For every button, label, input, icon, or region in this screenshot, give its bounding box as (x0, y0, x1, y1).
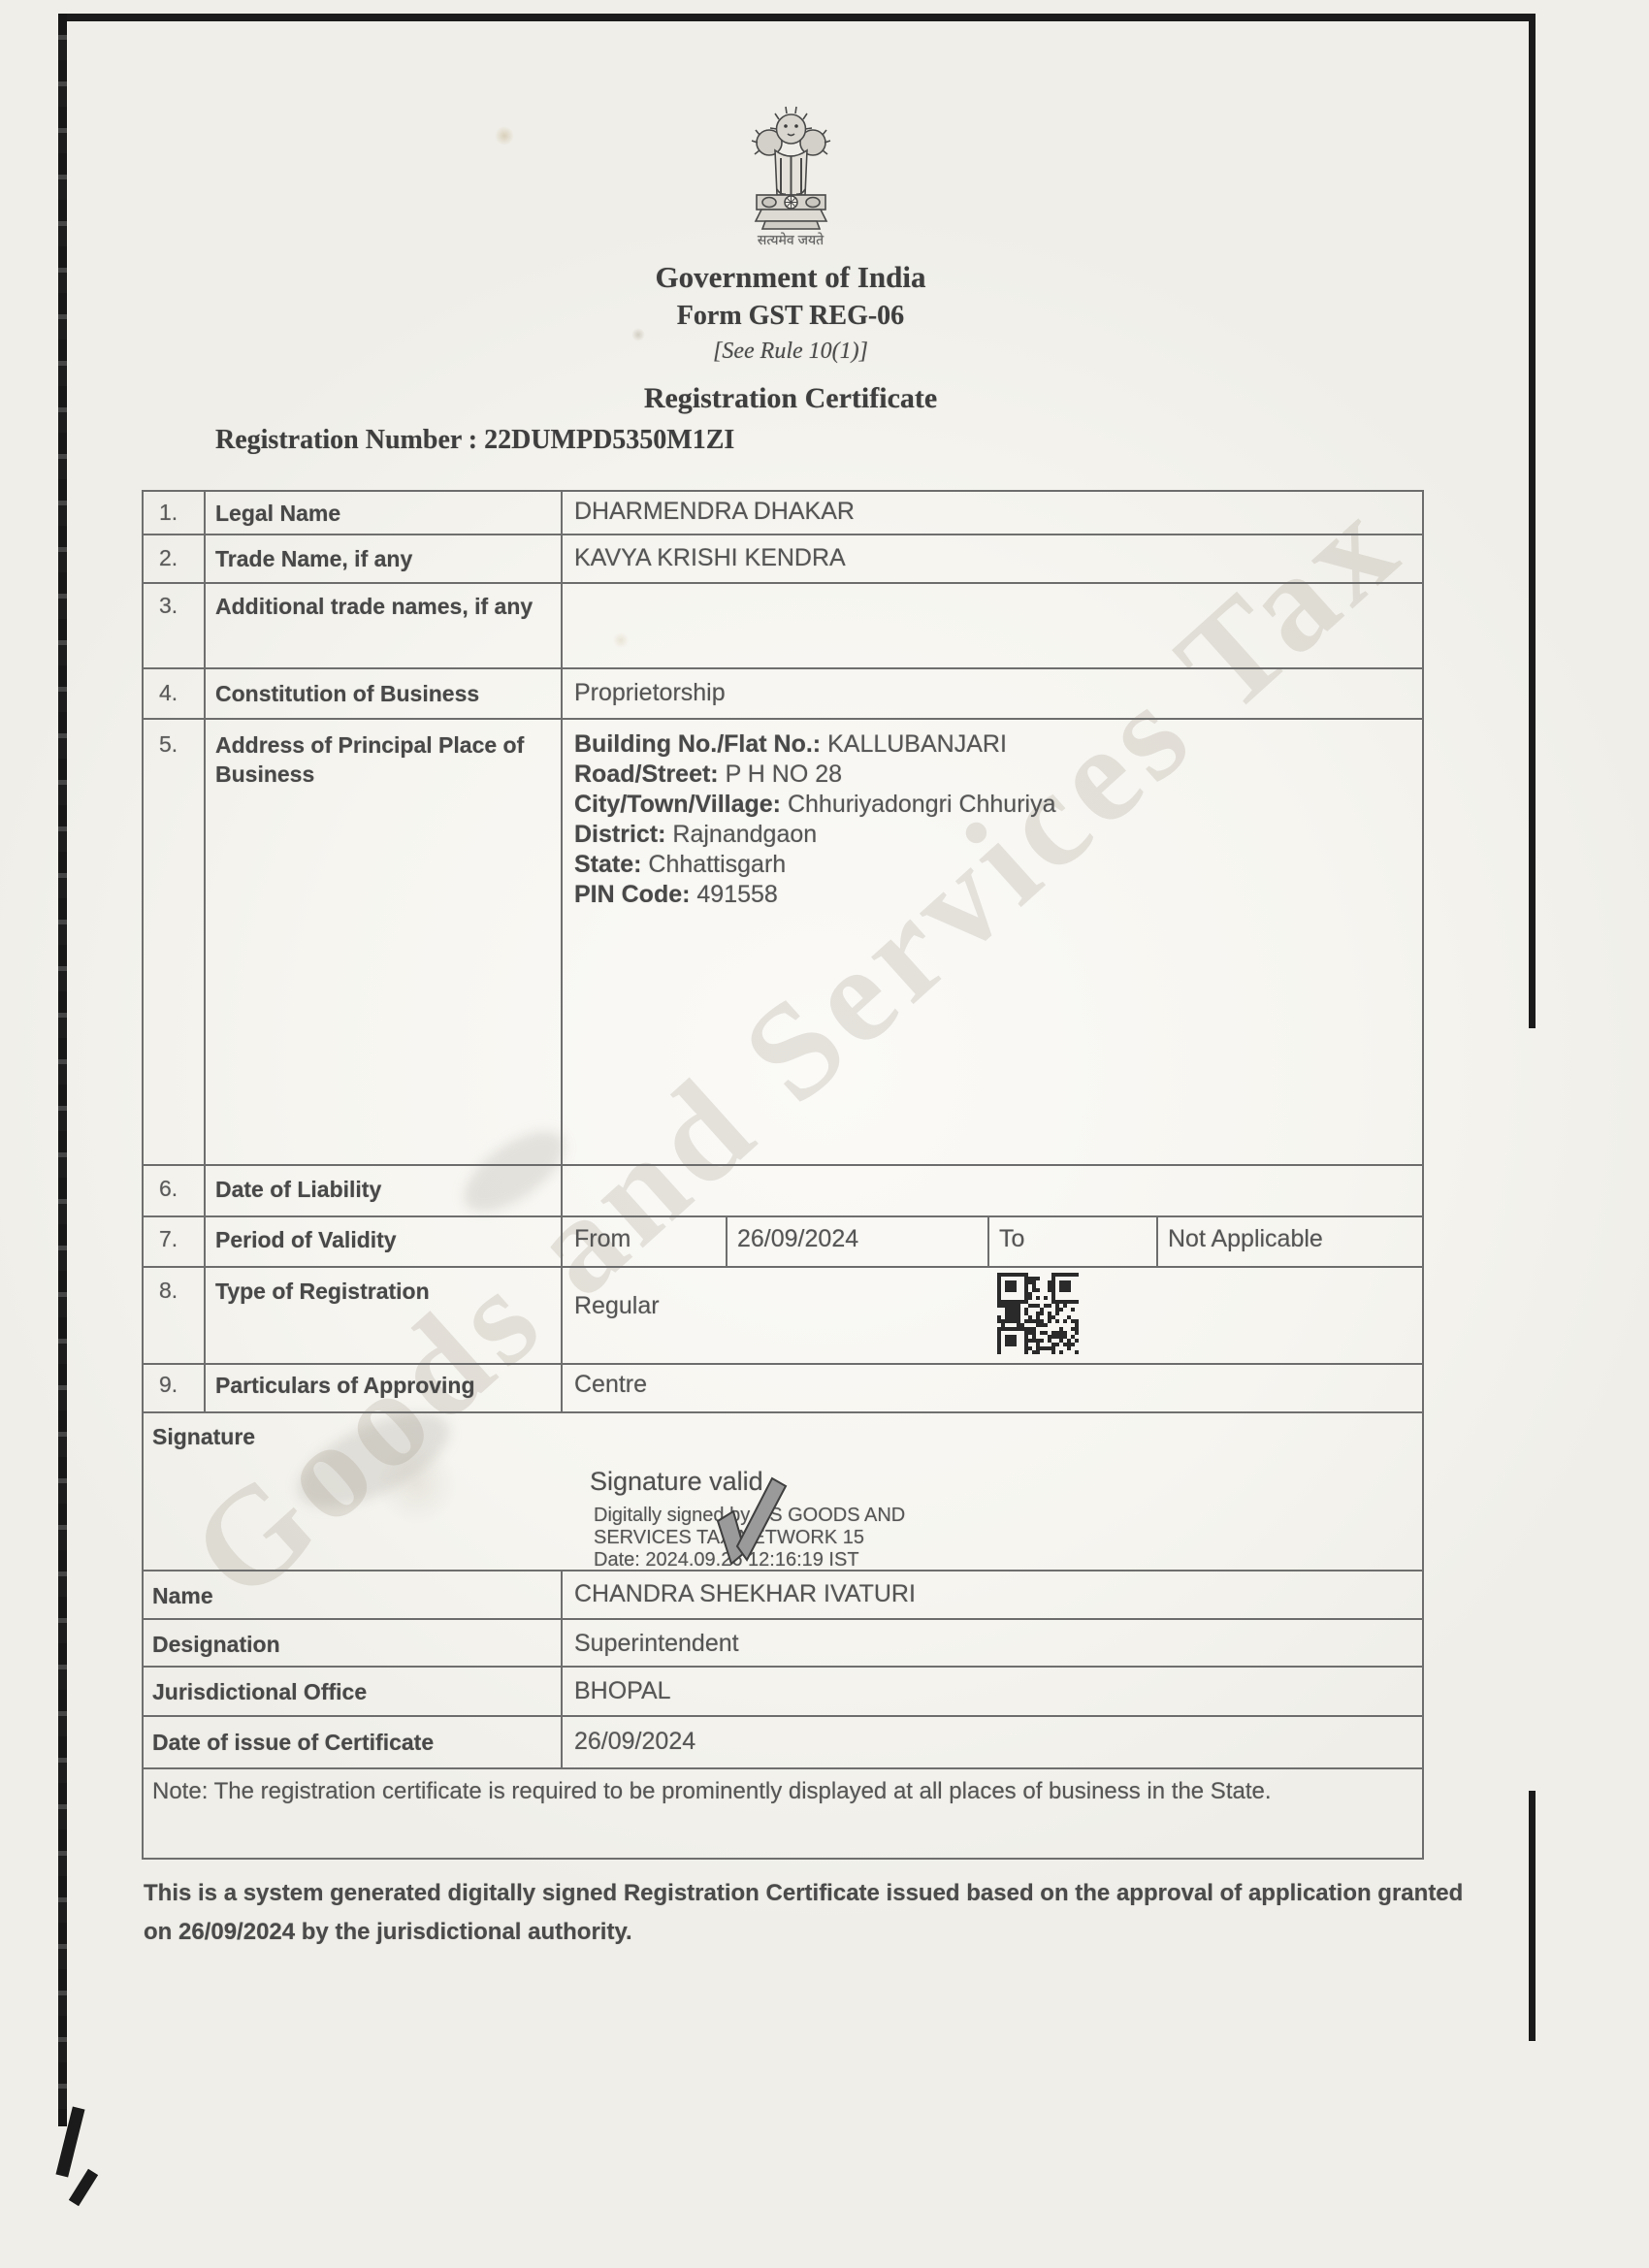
address-district-value: Rajnandgaon (672, 821, 817, 848)
footer-line2: on 26/09/2024 by the jurisdictional auth… (144, 1913, 1521, 1952)
row-serial: 4. (159, 680, 178, 706)
registration-number: Registration Number : 22DUMPD5350M1ZI (215, 425, 734, 456)
scan-corner-mark (69, 2169, 98, 2207)
table-border (204, 490, 206, 1413)
table-border (561, 490, 563, 1413)
address-city-line: City/Town/Village: Chhuriyadongri Chhuri… (574, 790, 1408, 820)
type-of-registration-value: Regular (574, 1291, 660, 1321)
principal-address-block: Building No./Flat No.: KALLUBANJARI Road… (574, 729, 1408, 910)
row-serial: 6. (159, 1176, 178, 1202)
legal-name-value: DHARMENDRA DHAKAR (574, 497, 855, 527)
trade-name-label: Trade Name, if any (215, 544, 412, 573)
jurisdictional-office-label: Jurisdictional Office (152, 1677, 367, 1706)
table-border (987, 1215, 989, 1268)
table-border (142, 1266, 1424, 1268)
row-serial: 1. (159, 500, 178, 526)
table-border (1156, 1215, 1158, 1268)
particulars-of-approving-label: Particulars of Approving (215, 1371, 475, 1400)
scan-border-top (58, 14, 1536, 21)
principal-address-label: Address of Principal Place of Business (215, 730, 550, 789)
note-text: Note: The registration certificate is re… (152, 1778, 1404, 1805)
address-road-line: Road/Street: P H NO 28 (574, 760, 1408, 790)
table-border (142, 490, 144, 1860)
designation-label: Designation (152, 1630, 280, 1659)
scan-border-right-lower (1529, 1791, 1536, 2041)
constitution-value: Proprietorship (574, 678, 726, 708)
row-serial: 9. (159, 1372, 178, 1398)
signature-section-label: Signature (152, 1422, 255, 1451)
qr-code (997, 1273, 1079, 1354)
scanned-gst-certificate-page: { "header": { "emblem_caption": "सत्यमेव… (0, 0, 1649, 2268)
emblem-caption: सत्यमेव जयते (126, 231, 1455, 249)
jurisdictional-office-value: BHOPAL (574, 1676, 671, 1706)
table-border (142, 1666, 1424, 1668)
address-state-label: State: (574, 851, 641, 878)
address-state-line: State: Chhattisgarh (574, 850, 1408, 880)
table-border (142, 1715, 1424, 1717)
address-road-label: Road/Street: (574, 761, 719, 788)
scan-border-right-upper (1529, 14, 1536, 1028)
table-border (142, 1363, 1424, 1365)
india-emblem (740, 100, 842, 234)
address-city-value: Chhuriyadongri Chhuriya (788, 791, 1056, 818)
table-border (142, 718, 1424, 720)
table-border (142, 1215, 1424, 1217)
address-building-value: KALLUBANJARI (827, 730, 1007, 758)
address-building-line: Building No./Flat No.: KALLUBANJARI (574, 729, 1408, 760)
government-of-india-title: Government of India (126, 260, 1455, 295)
table-border (142, 667, 1424, 669)
table-border (561, 1570, 563, 1769)
additional-trade-names-label: Additional trade names, if any (215, 592, 535, 621)
validity-to-label: To (999, 1224, 1024, 1254)
row-serial: 5. (159, 731, 178, 758)
row-serial: 3. (159, 593, 178, 619)
period-of-validity-label: Period of Validity (215, 1225, 397, 1254)
constitution-label: Constitution of Business (215, 679, 479, 708)
certificate-title: Registration Certificate (126, 382, 1455, 415)
table-border (142, 1618, 1424, 1620)
date-of-issue-label: Date of issue of Certificate (152, 1728, 434, 1757)
table-border (142, 490, 1424, 492)
validity-to-value: Not Applicable (1168, 1224, 1323, 1254)
row-serial: 8. (159, 1278, 178, 1304)
table-border (142, 582, 1424, 584)
legal-name-label: Legal Name (215, 499, 340, 528)
trade-name-value: KAVYA KRISHI KENDRA (574, 543, 846, 573)
validity-from-value: 26/09/2024 (737, 1224, 858, 1254)
row-serial: 7. (159, 1226, 178, 1252)
type-of-registration-label: Type of Registration (215, 1277, 430, 1306)
name-label: Name (152, 1581, 213, 1610)
particulars-of-approving-value: Centre (574, 1370, 647, 1400)
row-serial: 2. (159, 545, 178, 571)
designation-value: Superintendent (574, 1629, 739, 1659)
address-building-label: Building No./Flat No.: (574, 730, 821, 758)
address-pin-value: 491558 (696, 881, 777, 908)
table-border (726, 1215, 727, 1268)
ashoka-lion-capital-graphic (740, 100, 842, 234)
validity-from-label: From (574, 1224, 630, 1254)
scan-border-left (58, 14, 67, 2126)
address-pin-line: PIN Code: 491558 (574, 880, 1408, 910)
table-border (142, 1767, 1424, 1769)
date-of-issue-value: 26/09/2024 (574, 1727, 695, 1757)
address-district-label: District: (574, 821, 665, 848)
table-border (142, 1858, 1424, 1860)
signature-checkmark-icon (691, 1471, 797, 1572)
footer-line1: This is a system generated digitally sig… (144, 1874, 1521, 1913)
address-state-value: Chhattisgarh (648, 851, 786, 878)
address-road-value: P H NO 28 (726, 761, 842, 788)
address-district-line: District: Rajnandgaon (574, 820, 1408, 850)
name-value: CHANDRA SHEKHAR IVATURI (574, 1579, 916, 1609)
form-title: Form GST REG-06 (126, 301, 1455, 332)
table-border (142, 534, 1424, 535)
rule-reference: [See Rule 10(1)] (126, 339, 1455, 365)
table-border (142, 1411, 1424, 1413)
address-pin-label: PIN Code: (574, 881, 690, 908)
date-of-liability-label: Date of Liability (215, 1175, 381, 1204)
table-border (142, 1164, 1424, 1166)
address-city-label: City/Town/Village: (574, 791, 781, 818)
table-border (1422, 490, 1424, 1860)
